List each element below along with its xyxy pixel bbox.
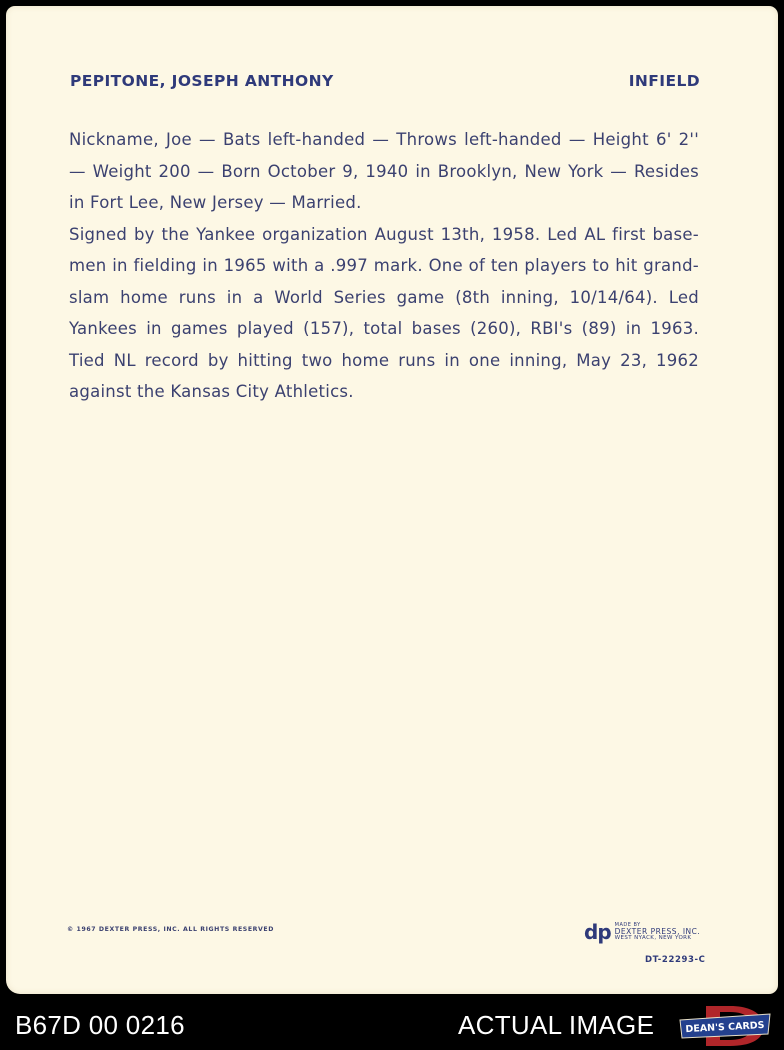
card-header: PEPITONE, JOSEPH ANTHONY INFIELD (70, 72, 700, 90)
dexter-press-logo-icon: dp (584, 922, 611, 942)
bio-paragraph-career: Signed by the Yankee organization August… (69, 219, 699, 408)
maker-location: WEST NYACK, NEW YORK (615, 936, 701, 942)
bio-paragraph-vitals: Nickname, Joe — Bats left-handed — Throw… (69, 124, 699, 219)
card-code: DT-22293-C (645, 955, 705, 965)
deans-cards-logo-icon: DEAN'S CARDS (678, 1004, 772, 1048)
player-position: INFIELD (629, 72, 700, 90)
card-back: PEPITONE, JOSEPH ANTHONY INFIELD Nicknam… (6, 6, 778, 994)
listing-banner: B67D 00 0216 ACTUAL IMAGE DEAN'S CARDS (0, 1000, 784, 1050)
maker-imprint: dp MADE BY DEXTER PRESS, INC. WEST NYACK… (584, 922, 700, 942)
bio-text: Nickname, Joe — Bats left-handed — Throw… (69, 124, 699, 408)
item-id: B67D 00 0216 (15, 1010, 185, 1041)
player-name: PEPITONE, JOSEPH ANTHONY (70, 72, 334, 90)
actual-image-label: ACTUAL IMAGE (458, 1010, 654, 1041)
copyright-notice: © 1967 DEXTER PRESS, INC. ALL RIGHTS RES… (67, 926, 274, 933)
